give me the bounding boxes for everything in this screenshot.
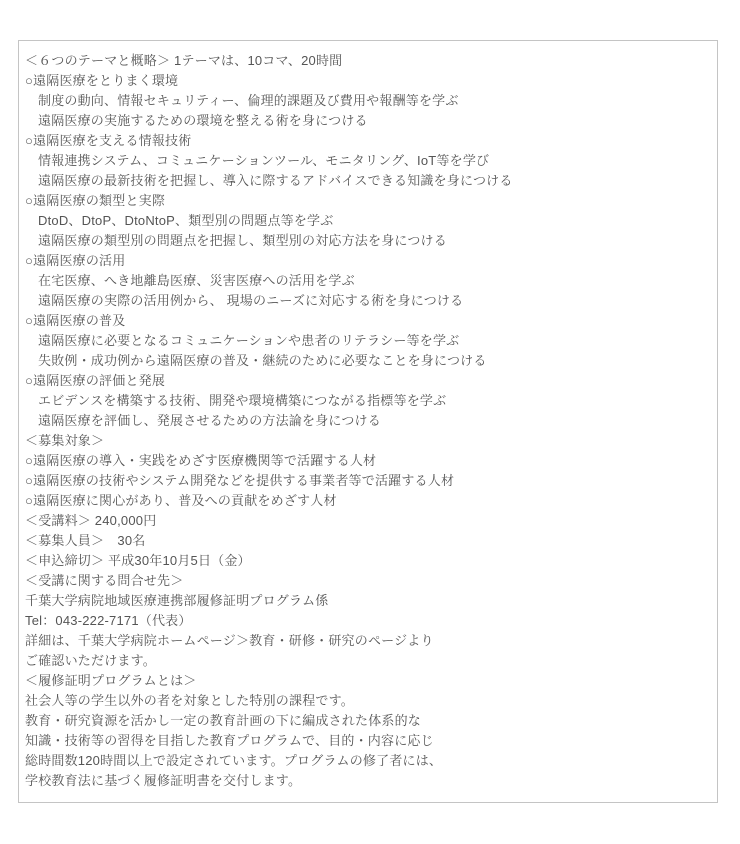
text-line: 遠隔医療の実際の活用例から、 現場のニーズに対応する術を身につける <box>25 291 709 311</box>
text-line: 社会人等の学生以外の者を対象とした特別の課程です。 <box>25 691 709 711</box>
text-line: 遠隔医療の類型別の問題点を把握し、類型別の対応方法を身につける <box>25 231 709 251</box>
text-line: ○遠隔医療の普及 <box>25 311 709 331</box>
text-line: ○遠隔医療の活用 <box>25 251 709 271</box>
text-line: ＜受講に関する問合せ先＞ <box>25 571 709 591</box>
text-line: 遠隔医療の実施するための環境を整える術を身につける <box>25 111 709 131</box>
text-line: DtoD、DtoP、DtoNtoP、類型別の問題点等を学ぶ <box>25 211 709 231</box>
text-line: ＜募集人員＞ 30名 <box>25 531 709 551</box>
text-line: 総時間数120時間以上で設定されています。プログラムの修了者には、 <box>25 751 709 771</box>
text-line: ＜受講料＞ 240,000円 <box>25 511 709 531</box>
text-line: ○遠隔医療に関心があり、普及への貢献をめざす人材 <box>25 491 709 511</box>
text-line: ○遠隔医療の技術やシステム開発などを提供する事業者等で活躍する人材 <box>25 471 709 491</box>
text-line: ○遠隔医療の類型と実際 <box>25 191 709 211</box>
text-line: ＜６つのテーマと概略＞ 1テーマは、10コマ、20時間 <box>25 51 709 71</box>
text-line: ○遠隔医療を支える情報技術 <box>25 131 709 151</box>
text-line: 在宅医療、へき地離島医療、災害医療への活用を学ぶ <box>25 271 709 291</box>
text-line: ○遠隔医療の導入・実践をめざす医療機関等で活躍する人材 <box>25 451 709 471</box>
text-line: ＜申込締切＞ 平成30年10月5日（金） <box>25 551 709 571</box>
text-line: 教育・研究資源を活かし一定の教育計画の下に編成された体系的な <box>25 711 709 731</box>
text-line: ＜募集対象＞ <box>25 431 709 451</box>
program-info-panel: ＜６つのテーマと概略＞ 1テーマは、10コマ、20時間○遠隔医療をとりまく環境制… <box>18 40 718 803</box>
text-line: ＜履修証明プログラムとは＞ <box>25 671 709 691</box>
text-line: 制度の動向、情報セキュリティー、倫理的課題及び費用や報酬等を学ぶ <box>25 91 709 111</box>
text-line: 失敗例・成功例から遠隔医療の普及・継続のために必要なことを身につける <box>25 351 709 371</box>
text-line: 学校教育法に基づく履修証明書を交付します。 <box>25 771 709 791</box>
text-line: エビデンスを構築する技術、開発や環境構築につながる指標等を学ぶ <box>25 391 709 411</box>
text-line: ○遠隔医療をとりまく環境 <box>25 71 709 91</box>
document-text: ＜６つのテーマと概略＞ 1テーマは、10コマ、20時間○遠隔医療をとりまく環境制… <box>25 51 709 791</box>
text-line: 千葉大学病院地域医療連携部履修証明プログラム係 <box>25 591 709 611</box>
text-line: 遠隔医療の最新技術を把握し、導入に際するアドバイスできる知識を身につける <box>25 171 709 191</box>
text-line: 遠隔医療に必要となるコミュニケーションや患者のリテラシー等を学ぶ <box>25 331 709 351</box>
text-line: 詳細は、千葉大学病院ホームページ＞教育・研修・研究のページより <box>25 631 709 651</box>
text-line: ご確認いただけます。 <box>25 651 709 671</box>
text-line: 情報連携システム、コミュニケーションツール、モニタリング、IoT等を学び <box>25 151 709 171</box>
text-line: 知識・技術等の習得を目指した教育プログラムで、目的・内容に応じ <box>25 731 709 751</box>
text-line: ○遠隔医療の評価と発展 <box>25 371 709 391</box>
text-line: Tel：043-222-7171（代表） <box>25 611 709 631</box>
text-line: 遠隔医療を評価し、発展させるための方法論を身につける <box>25 411 709 431</box>
